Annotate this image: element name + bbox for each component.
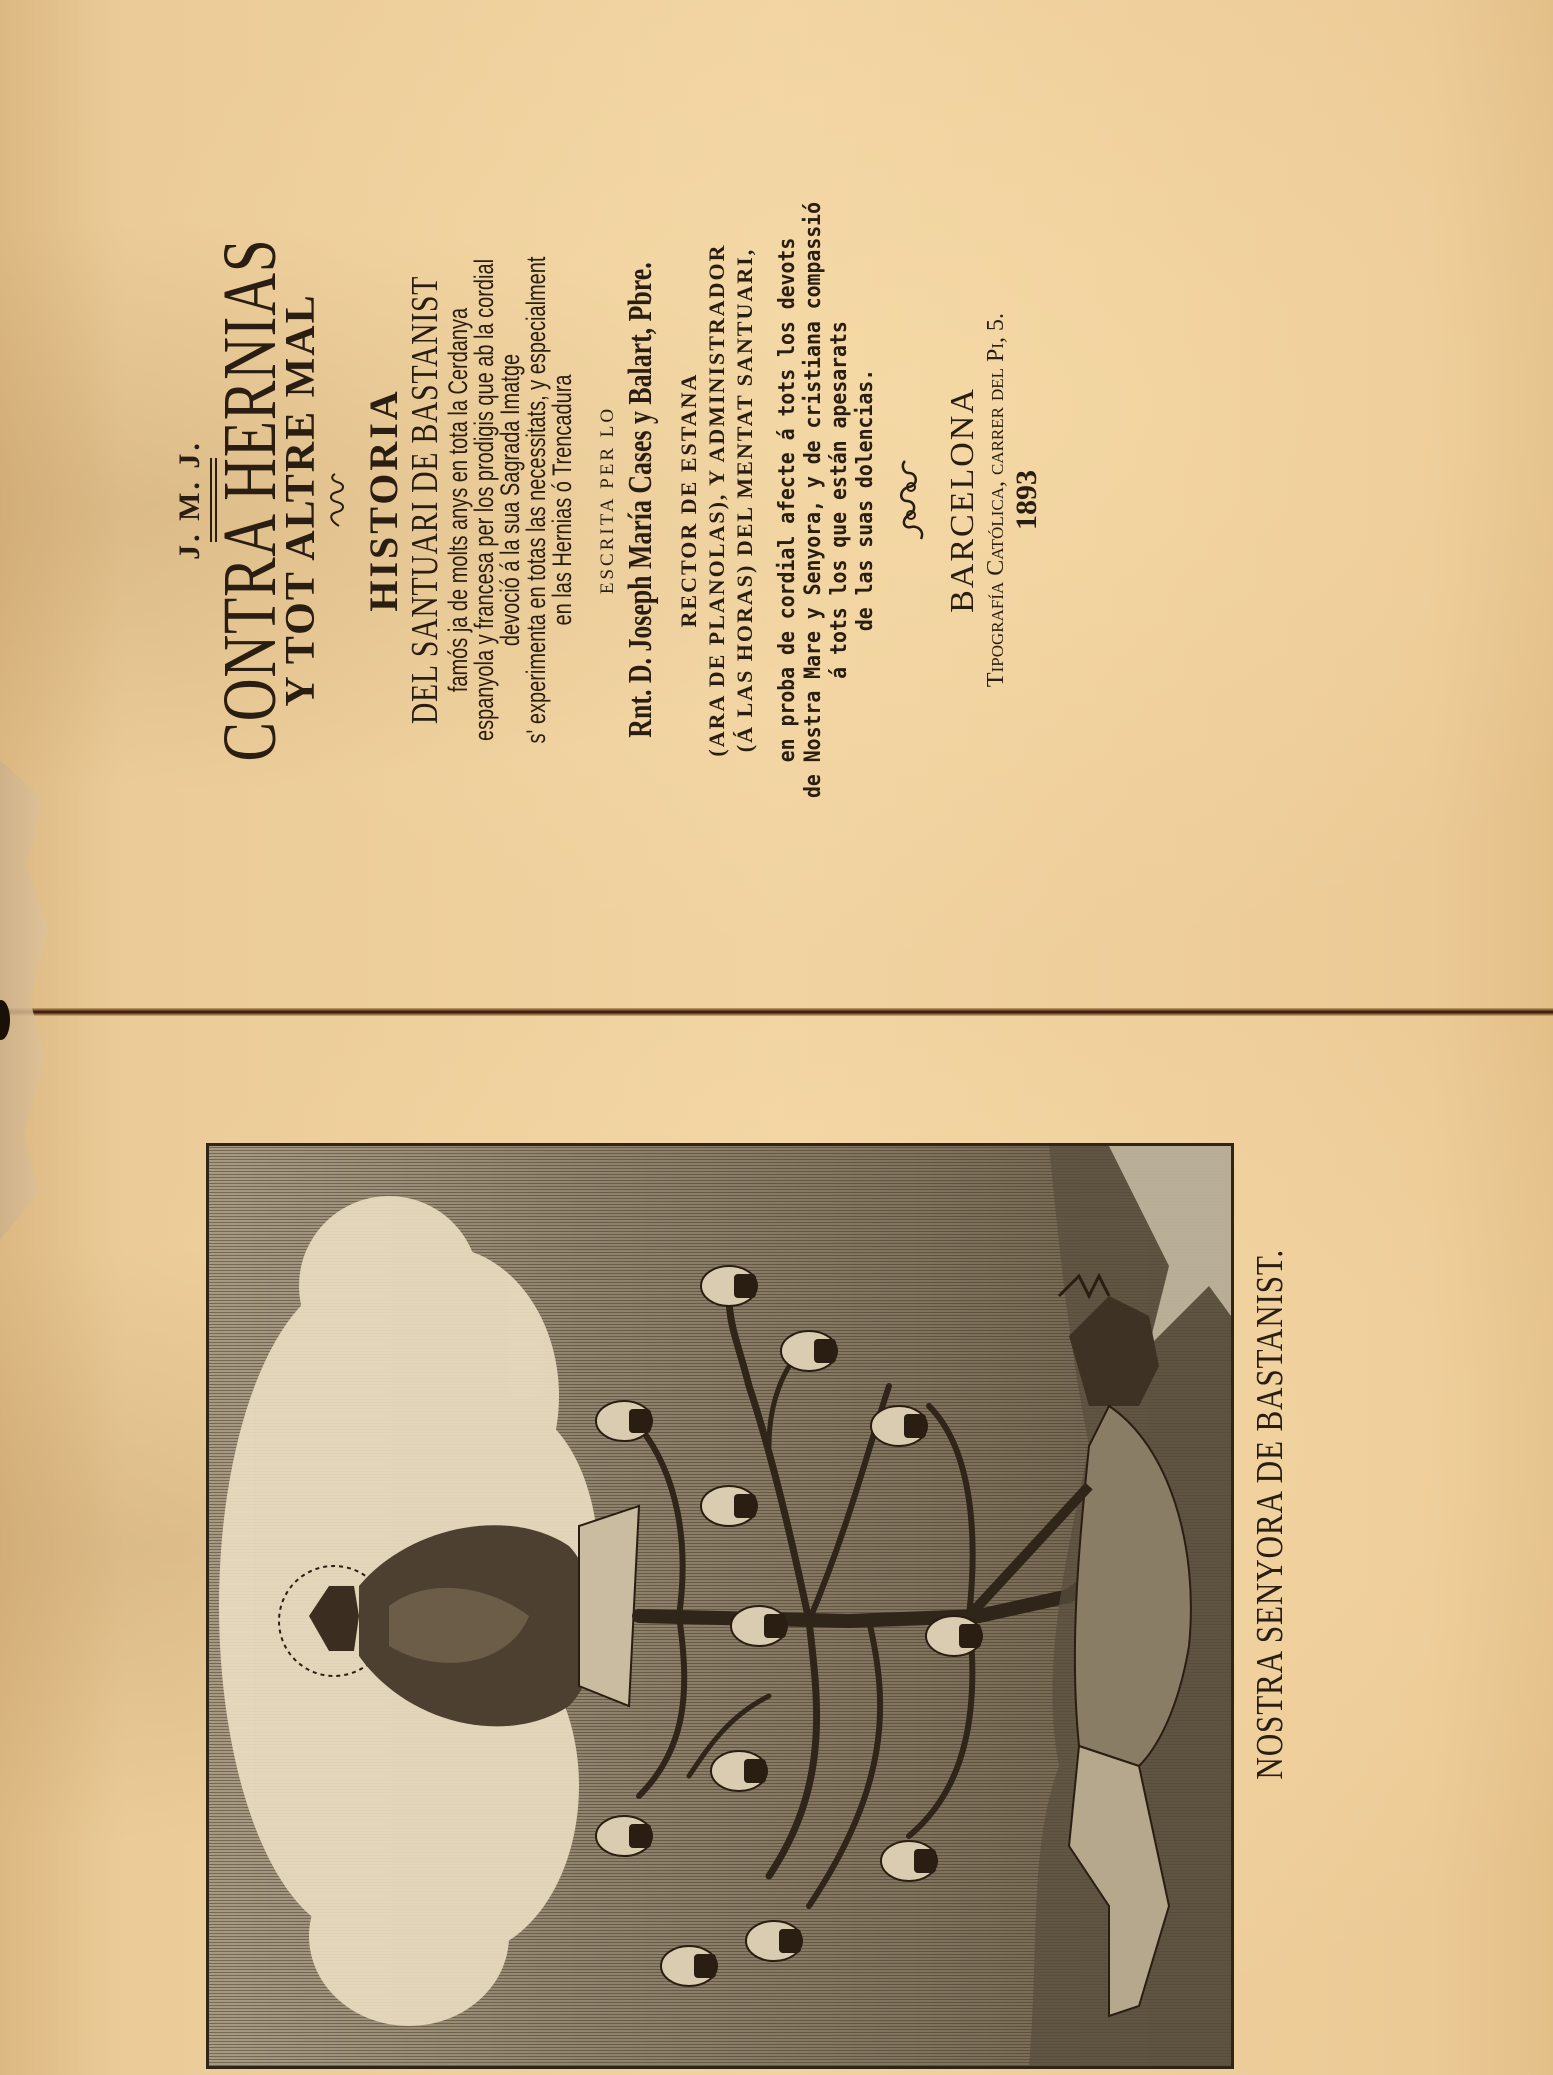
description-line: famós ja de molts anys en tota la Cerdan…	[445, 160, 471, 841]
frontispiece-caption: NOSTRA SENYORA DE BASTANIST.	[1240, 1320, 1300, 1779]
publication-city: BARCELONA	[945, 40, 981, 960]
dedication-line: á tots los que están apesarats	[827, 86, 853, 914]
description-line: devoció á la sua Sagrada Imatge	[497, 160, 523, 841]
printer-address: Tipografía Católica, carrer del Pi, 5.	[981, 40, 1011, 960]
flourish-ornament-icon	[321, 40, 363, 960]
heading-historia: HISTORIA	[363, 40, 405, 960]
sanctuary-name: DEL SANTUARI DE BASTANIST	[405, 141, 445, 859]
engraving-illustration-icon	[209, 1146, 1231, 2066]
scroll-ornament-icon	[895, 40, 941, 960]
title-page: J. M. J. CONTRA HERNIAS Y TOT ALTRE MAL …	[0, 0, 1553, 1010]
written-by-label: ESCRITA PER LO	[593, 40, 623, 960]
dedication-line: en proba de cordial afecte á tots los de…	[775, 86, 801, 914]
description-line: en las Hernias ó Trencadura	[549, 160, 575, 841]
rector-line: (ARA DE PLANOLAS), Y ADMINISTRADOR	[703, 40, 731, 960]
dedication-line: de las suas dolencias.	[853, 86, 879, 914]
description-line: espanyola y francesa per los prodigis qu…	[471, 160, 497, 841]
monogram: J. M. J.	[170, 40, 210, 960]
author-name: Rnt. D. Joseph María Cases y Balart, Pbr…	[623, 150, 659, 849]
spine-fold	[0, 1008, 1553, 1016]
dedication-line: de Nostra Mare y Senyora, y de cristiana…	[801, 86, 827, 914]
rector-line: RECTOR DE ESTANA	[675, 40, 703, 960]
caption-box: NOSTRA SENYORA DE BASTANIST.	[1240, 1270, 1300, 1830]
book-title: CONTRA HERNIAS	[215, 141, 285, 859]
rector-line: (Á LAS HORAS) DEL MENTAT SANTUARI,	[731, 40, 759, 960]
description-line: s' experimenta en totas las necessitats,…	[523, 160, 549, 841]
publication-year: 1893	[1011, 40, 1043, 960]
title-page-content: J. M. J. CONTRA HERNIAS Y TOT ALTRE MAL …	[170, 40, 1370, 960]
frontispiece-engraving	[206, 1143, 1234, 2069]
